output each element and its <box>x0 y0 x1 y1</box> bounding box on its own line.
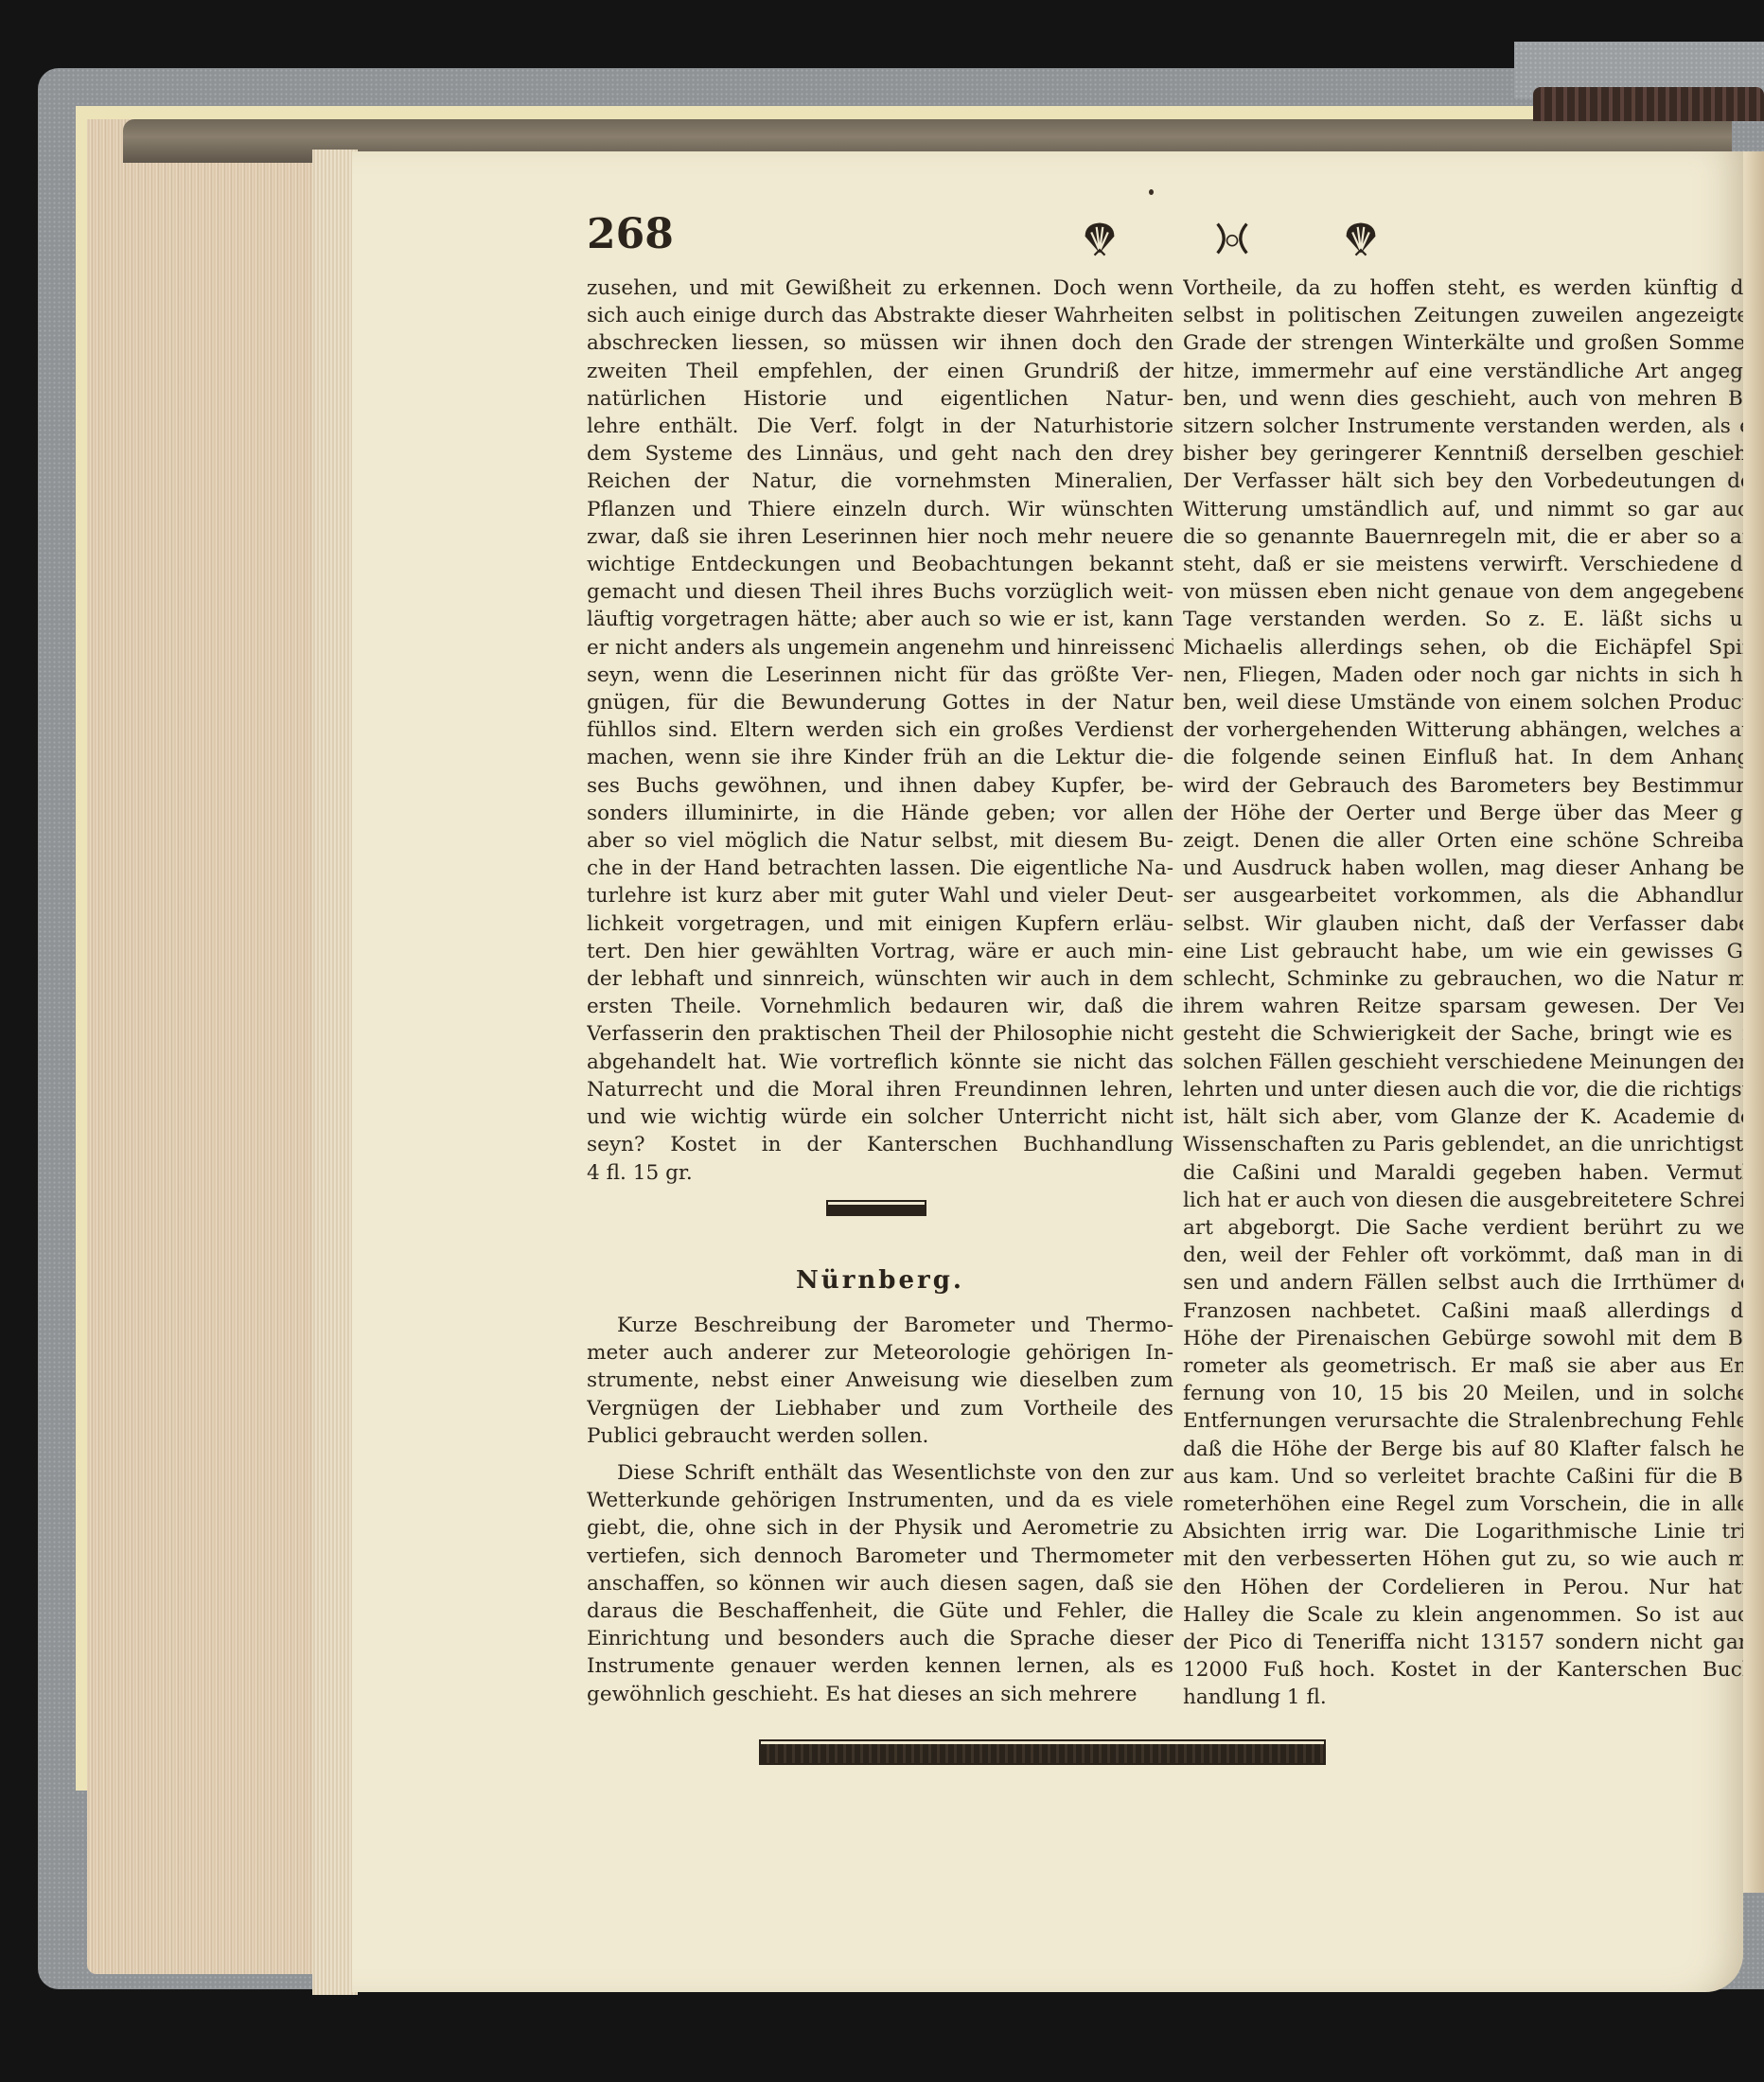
page-number: 268 <box>587 210 674 258</box>
text-line: machen, wenn sie ihre Kinder früh an die… <box>587 744 1173 771</box>
text-line: und Ausdruck haben wollen, mag dieser An… <box>1183 855 1762 882</box>
text-line: Verfasserin den praktischen Theil der Ph… <box>587 1020 1173 1048</box>
text-line: zusehen, und mit Gewißheit zu erkennen. … <box>587 274 1173 302</box>
text-line: und wie wichtig würde ein solcher Unterr… <box>587 1103 1173 1131</box>
text-line: bisher bey geringerer Kenntniß derselben… <box>1183 440 1762 468</box>
text-line: Vergnügen der Liebhaber und zum Vortheil… <box>587 1395 1173 1422</box>
book-page: 268 zusehen, und mit Gewißheit zu erkenn… <box>352 151 1743 1992</box>
running-head: 268 <box>587 210 1675 276</box>
text-line: gesteht die Schwierigkeit der Sache, bri… <box>1183 1020 1762 1048</box>
review-text: Diese Schrift enthält das Wesentlichste … <box>587 1459 1173 1708</box>
text-line: Absichten irrig war. Die Logarithmische … <box>1183 1518 1762 1545</box>
text-line: wichtige Entdeckungen und Beobachtungen … <box>587 551 1173 578</box>
section-divider <box>828 1202 925 1214</box>
text-line: Kurze Beschreibung der Barometer und The… <box>587 1312 1173 1339</box>
text-line: selbst in politischen Zeitungen zuweilen… <box>1183 302 1762 329</box>
text-line: gewöhnlich geschieht. Es hat dieses an s… <box>587 1681 1173 1708</box>
text-line: die folgende seinen Einfluß hat. In dem … <box>1183 744 1762 771</box>
section-place-heading: Nürnberg. <box>587 1266 1173 1295</box>
text-line: er nicht anders als ungemein angenehm un… <box>587 634 1173 662</box>
text-line: Diese Schrift enthält das Wesentlichste … <box>587 1459 1173 1487</box>
text-line: dem Systeme des Linnäus, und geht nach d… <box>587 440 1173 468</box>
book-title: Kurze Beschreibung der Barometer und The… <box>587 1312 1173 1450</box>
text-line: hitze, immermehr auf eine verständliche … <box>1183 358 1762 385</box>
text-line: der Pico di Teneriffa nicht 13157 sonder… <box>1183 1629 1762 1656</box>
text-line: mit den verbesserten Höhen gut zu, so wi… <box>1183 1545 1762 1573</box>
text-line: von müssen eben nicht genaue von dem ang… <box>1183 578 1762 606</box>
text-line: anschaffen, so können wir auch diesen sa… <box>587 1570 1173 1597</box>
text-line: ses Buchs gewöhnen, und ihnen dabey Kupf… <box>587 772 1173 800</box>
end-rule <box>761 1741 1324 1763</box>
text-line: aus kam. Und so verleitet brachte Caßini… <box>1183 1463 1762 1491</box>
text-line: sen und andern Fällen selbst auch die Ir… <box>1183 1269 1762 1297</box>
left-column: zusehen, und mit Gewißheit zu erkennen. … <box>587 274 1173 1187</box>
text-line: gnügen, für die Bewunderung Gottes in de… <box>587 689 1173 716</box>
text-line: lehrten und unter diesen auch die vor, d… <box>1183 1076 1762 1103</box>
right-column: Vortheile, da zu hoffen steht, es werden… <box>1183 274 1762 1712</box>
text-line: die Caßini und Maraldi gegeben haben. Ve… <box>1183 1159 1762 1187</box>
text-line: die so genannte Bauernregeln mit, die er… <box>1183 523 1762 551</box>
text-line: art abgeborgt. Die Sache verdient berühr… <box>1183 1214 1762 1242</box>
text-line: zwar, daß sie ihren Leserinnen hier noch… <box>587 523 1173 551</box>
text-line: Tage verstanden werden. So z. E. läßt si… <box>1183 606 1762 633</box>
headband <box>1533 87 1764 121</box>
text-line: seyn, wenn die Leserinnen nicht für das … <box>587 662 1173 689</box>
text-line: zeigt. Denen die aller Orten eine schöne… <box>1183 827 1762 855</box>
text-line: Naturrecht und die Moral ihren Freundinn… <box>587 1076 1173 1103</box>
text-line: Höhe der Pirenaischen Gebürge sowohl mit… <box>1183 1325 1762 1352</box>
text-line: Grade der strengen Winterkälte und große… <box>1183 329 1762 357</box>
text-line: strumente, nebst einer Anweisung wie die… <box>587 1367 1173 1394</box>
text-line: rometerhöhen eine Regel zum Vorschein, d… <box>1183 1491 1762 1518</box>
text-line: sitzern solcher Instrumente verstanden w… <box>1183 413 1762 440</box>
text-line: ihrem wahren Reitze sparsam gewesen. Der… <box>1183 993 1762 1020</box>
text-line: daß die Höhe der Berge bis auf 80 Klafte… <box>1183 1436 1762 1463</box>
text-line: sich auch einige durch das Abstrakte die… <box>587 302 1173 329</box>
text-line: tert. Den hier gewählten Vortrag, wäre e… <box>587 938 1173 965</box>
text-line: rometer als geometrisch. Er maß sie aber… <box>1183 1352 1762 1380</box>
text-line: steht, daß er sie meistens verwirft. Ver… <box>1183 551 1762 578</box>
text-line: eine List gebraucht habe, um wie ein gew… <box>1183 938 1762 965</box>
text-line: der Höhe der Oerter und Berge über das M… <box>1183 800 1762 827</box>
text-line: aber so viel möglich die Natur selbst, m… <box>587 827 1173 855</box>
text-line: Witterung umständlich auf, und nimmt so … <box>1183 496 1762 523</box>
text-line: lich hat er auch von diesen die ausgebre… <box>1183 1187 1762 1214</box>
text-line: der vorhergehenden Witterung abhängen, w… <box>1183 716 1762 744</box>
text-line: meter auch anderer zur Meteorologie gehö… <box>587 1339 1173 1367</box>
text-line: turlehre ist kurz aber mit guter Wahl un… <box>587 882 1173 909</box>
text-line: abgehandelt hat. Wie vortreflich könnte … <box>587 1049 1173 1076</box>
text-line: läuftig vorgetragen hätte; aber auch so … <box>587 606 1173 633</box>
text-line: lichkeit vorgetragen, und mit einigen Ku… <box>587 910 1173 938</box>
text-line: ist, hält sich aber, vom Glanze der K. A… <box>1183 1103 1762 1131</box>
ink-speck <box>1149 189 1154 195</box>
text-line: Reichen der Natur, die vornehmsten Miner… <box>587 468 1173 495</box>
text-line: nen, Fliegen, Maden oder noch gar nichts… <box>1183 662 1762 689</box>
page-stack-edge <box>87 119 343 1974</box>
text-line: 12000 Fuß hoch. Kostet in der Kantersche… <box>1183 1656 1762 1684</box>
shell-ornament-icon <box>1079 218 1120 259</box>
text-line: handlung 1 fl. <box>1183 1684 1762 1711</box>
text-line: fernung von 10, 15 bis 20 Meilen, und in… <box>1183 1380 1762 1407</box>
text-line: solchen Fällen geschieht verschiedene Me… <box>1183 1049 1762 1076</box>
text-line: zweiten Theil empfehlen, der einen Grund… <box>587 358 1173 385</box>
text-line: den, weil der Fehler oft vorkömmt, daß m… <box>1183 1242 1762 1269</box>
text-line: Vortheile, da zu hoffen steht, es werden… <box>1183 274 1762 302</box>
text-line: Entfernungen verursachte die Stralenbrec… <box>1183 1407 1762 1435</box>
text-line: ser ausgearbeitet vorkommen, als die Abh… <box>1183 882 1762 909</box>
text-line: Franzosen nachbetet. Caßini maaß allerdi… <box>1183 1297 1762 1325</box>
text-line: che in der Hand betrachten lassen. Die e… <box>587 855 1173 882</box>
text-line: Wissenschaften zu Paris geblendet, an di… <box>1183 1131 1762 1158</box>
text-line: abschrecken liessen, so müssen wir ihnen… <box>587 329 1173 357</box>
text-line: Einrichtung und besonders auch die Sprac… <box>587 1625 1173 1652</box>
text-line: ersten Theile. Vornehmlich bedauren wir,… <box>587 993 1173 1020</box>
text-line: daraus die Beschaffenheit, die Güte und … <box>587 1597 1173 1625</box>
text-line: 4 fl. 15 gr. <box>587 1159 1173 1187</box>
text-line: ben, und wenn dies geschieht, auch von m… <box>1183 385 1762 413</box>
text-line: der lebhaft und sinnreich, wünschten wir… <box>587 965 1173 993</box>
text-line: selbst. Wir glauben nicht, daß der Verfa… <box>1183 910 1762 938</box>
moon-ornament-icon <box>1211 218 1253 259</box>
text-line: vertiefen, sich dennoch Barometer und Th… <box>587 1543 1173 1570</box>
text-line: Publici gebraucht werden sollen. <box>587 1422 1173 1450</box>
text-line: Wetterkunde gehörigen Instrumenten, und … <box>587 1487 1173 1514</box>
text-line: ben, weil diese Umstände von einem solch… <box>1183 689 1762 716</box>
text-line: Der Verfasser hält sich bey den Vorbedeu… <box>1183 468 1762 495</box>
text-line: schlecht, Schminke zu gebrauchen, wo die… <box>1183 965 1762 993</box>
text-line: Instrumente genauer werden kennen lernen… <box>587 1652 1173 1680</box>
text-line: lehre enthält. Die Verf. folgt in der Na… <box>587 413 1173 440</box>
text-line: natürlichen Historie und eigentlichen Na… <box>587 385 1173 413</box>
text-line: giebt, die, ohne sich in der Physik und … <box>587 1514 1173 1542</box>
text-line: Pflanzen und Thiere einzeln durch. Wir w… <box>587 496 1173 523</box>
text-line: wird der Gebrauch des Barometers bey Bes… <box>1183 772 1762 800</box>
page-block <box>312 150 358 1995</box>
text-line: gemacht und diesen Theil ihres Buchs vor… <box>587 578 1173 606</box>
text-line: sonders illuminirte, in die Hände geben;… <box>587 800 1173 827</box>
text-line: fühllos sind. Eltern werden sich ein gro… <box>587 716 1173 744</box>
shell-ornament-icon <box>1340 218 1382 259</box>
text-line: Halley die Scale zu klein angenommen. So… <box>1183 1601 1762 1629</box>
text-line: Michaelis allerdings sehen, ob die Eichä… <box>1183 634 1762 662</box>
text-line: den Höhen der Cordelieren in Perou. Nur … <box>1183 1574 1762 1601</box>
text-line: seyn? Kostet in der Kanterschen Buchhand… <box>587 1131 1173 1158</box>
